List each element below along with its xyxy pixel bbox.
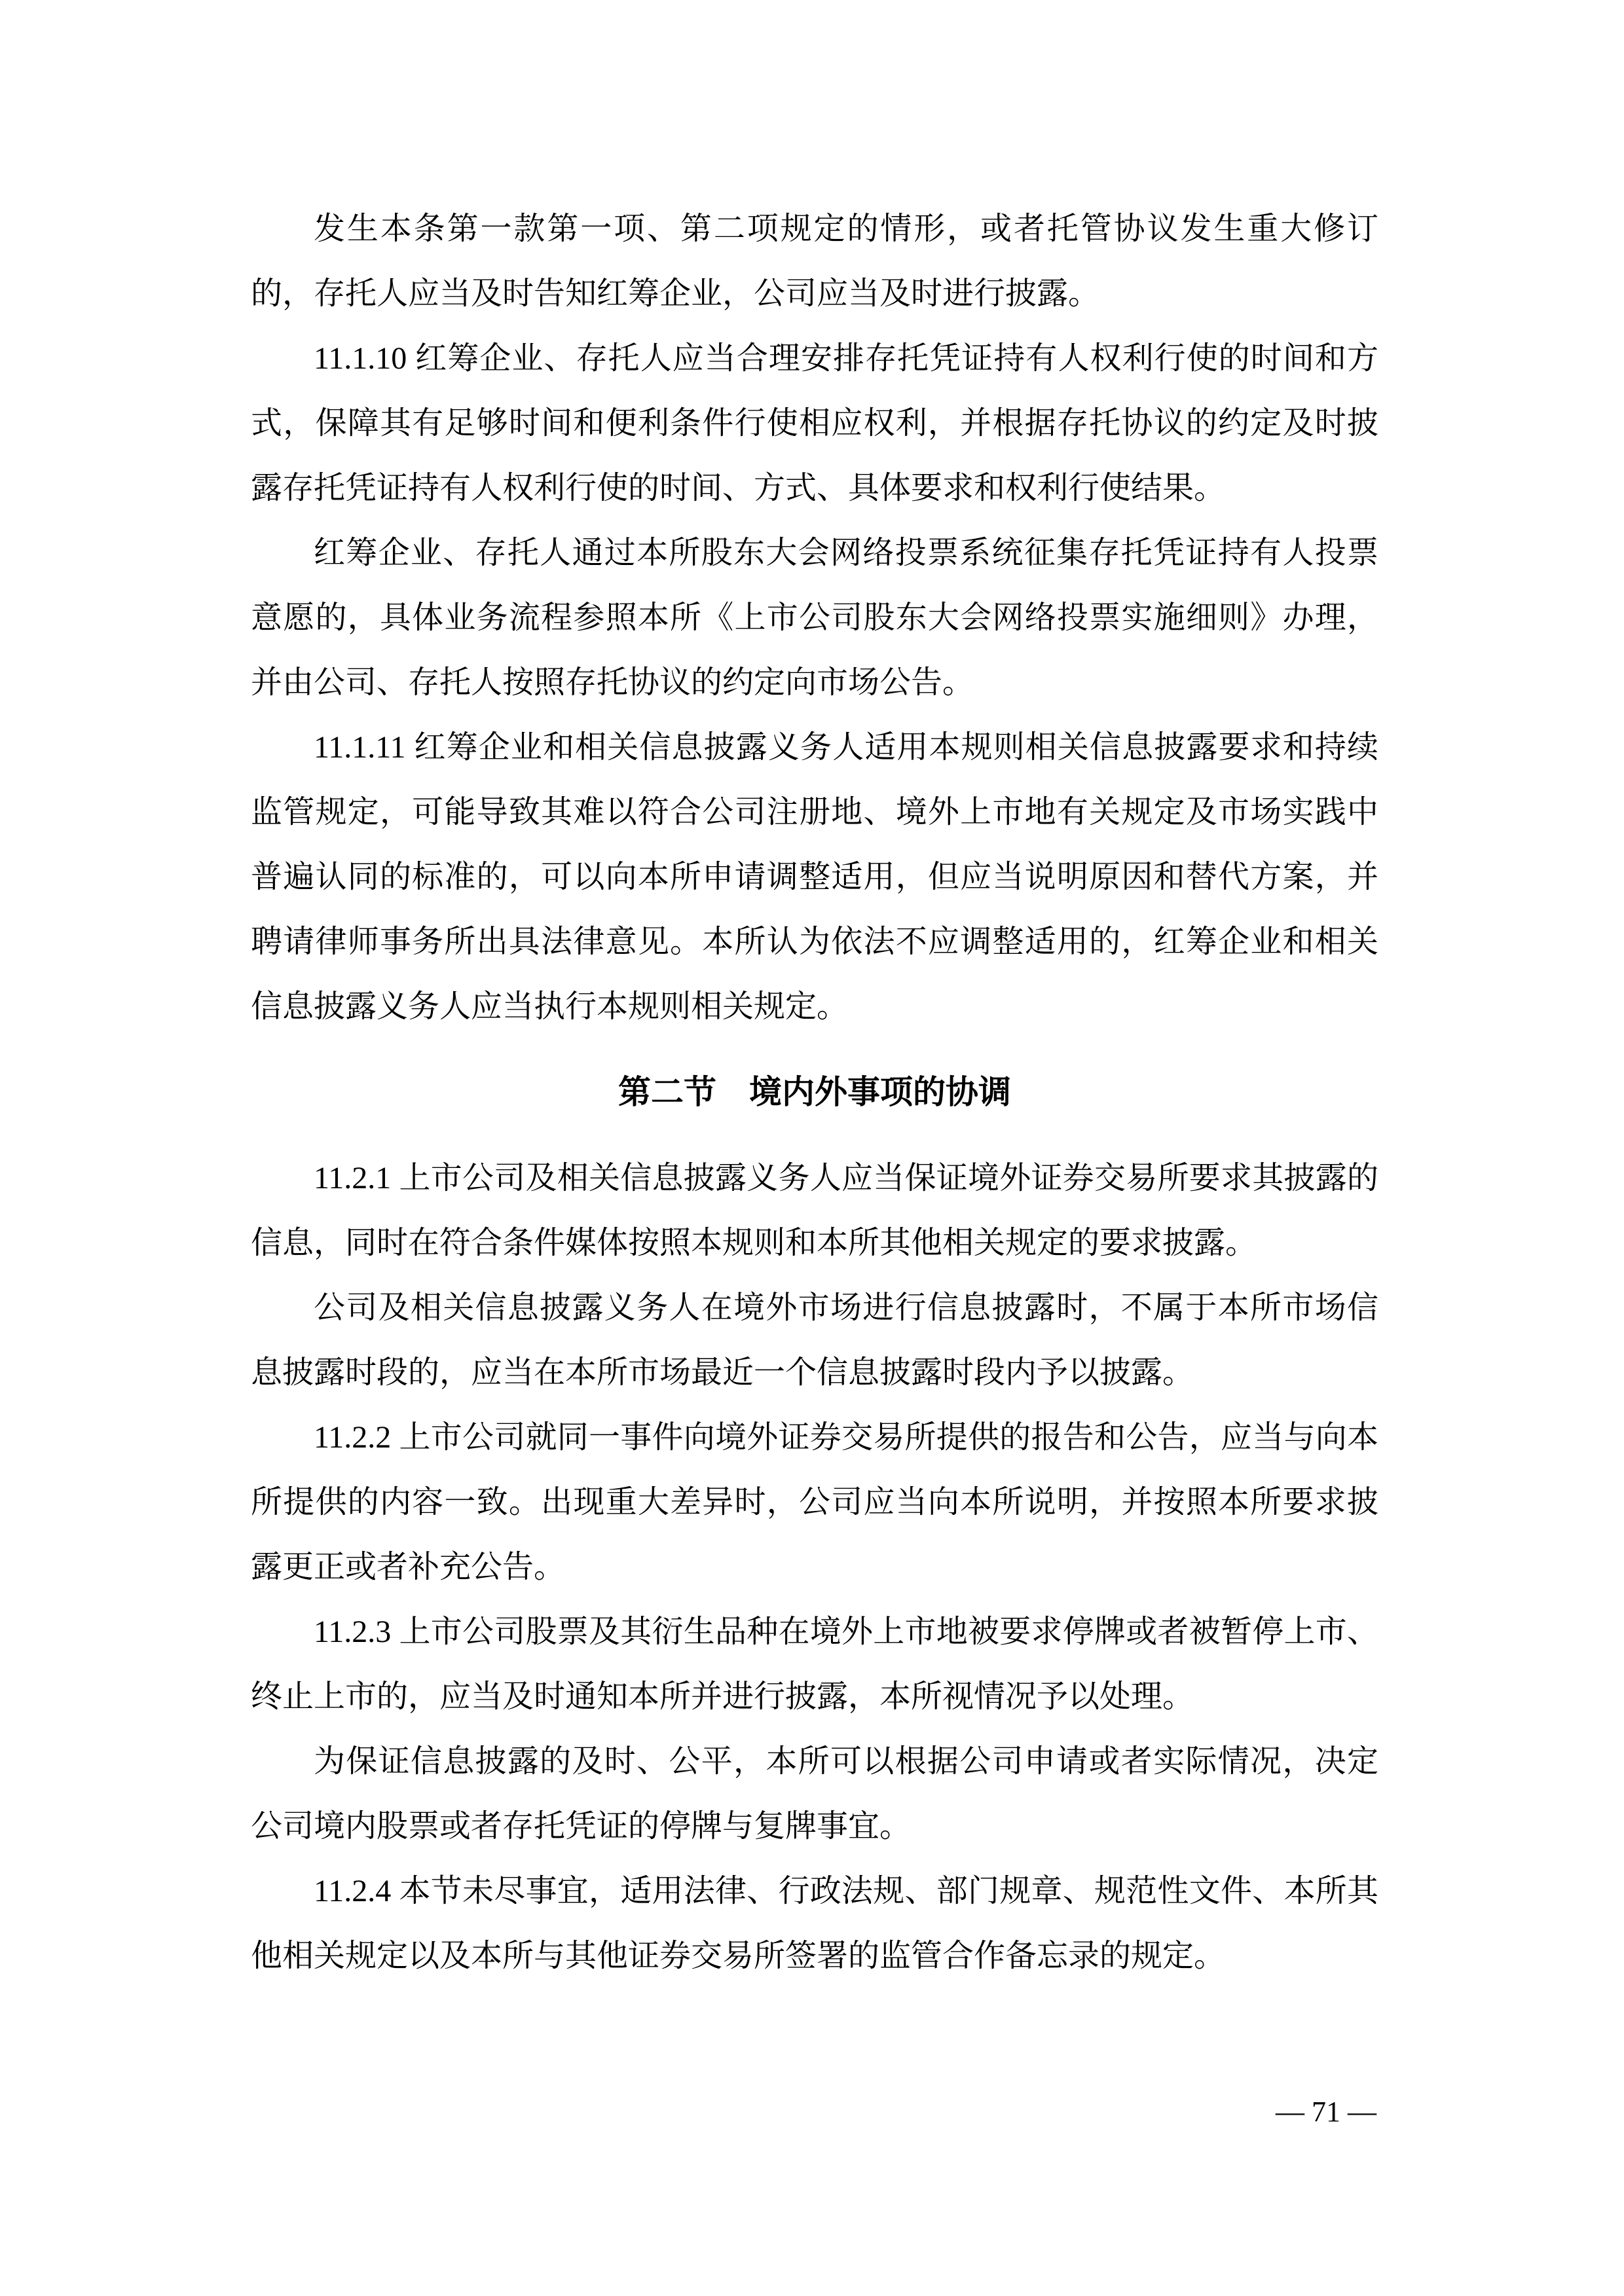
- clause-11-2-1: 11.2.1 上市公司及相关信息披露义务人应当保证境外证券交易所要求其披露的信息…: [251, 1146, 1378, 1275]
- paragraph: 公司及相关信息披露义务人在境外市场进行信息披露时，不属于本所市场信息披露时段的，…: [251, 1275, 1378, 1405]
- clause-11-1-10: 11.1.10 红筹企业、存托人应当合理安排存托凭证持有人权利行使的时间和方式，…: [251, 326, 1378, 520]
- document-body: 发生本条第一款第一项、第二项规定的情形，或者托管协议发生重大修订的，存托人应当及…: [251, 196, 1378, 1988]
- section-heading: 第二节 境内外事项的协调: [251, 1060, 1378, 1125]
- paragraph: 红筹企业、存托人通过本所股东大会网络投票系统征集存托凭证持有人投票意愿的，具体业…: [251, 520, 1378, 715]
- page-number: — 71 —: [1276, 2096, 1376, 2128]
- page-footer: — 71 —: [1276, 2092, 1376, 2132]
- document-page: 发生本条第一款第一项、第二项规定的情形，或者托管协议发生重大修订的，存托人应当及…: [0, 0, 1624, 2296]
- clause-11-2-4: 11.2.4 本节未尽事宜，适用法律、行政法规、部门规章、规范性文件、本所其他相…: [251, 1859, 1378, 1988]
- paragraph-continuation: 发生本条第一款第一项、第二项规定的情形，或者托管协议发生重大修订的，存托人应当及…: [251, 196, 1378, 326]
- clause-11-2-2: 11.2.2 上市公司就同一事件向境外证券交易所提供的报告和公告，应当与向本所提…: [251, 1405, 1378, 1599]
- clause-11-2-3: 11.2.3 上市公司股票及其衍生品种在境外上市地被要求停牌或者被暂停上市、终止…: [251, 1599, 1378, 1729]
- paragraph: 为保证信息披露的及时、公平，本所可以根据公司申请或者实际情况，决定公司境内股票或…: [251, 1729, 1378, 1859]
- clause-11-1-11: 11.1.11 红筹企业和相关信息披露义务人适用本规则相关信息披露要求和持续监管…: [251, 715, 1378, 1039]
